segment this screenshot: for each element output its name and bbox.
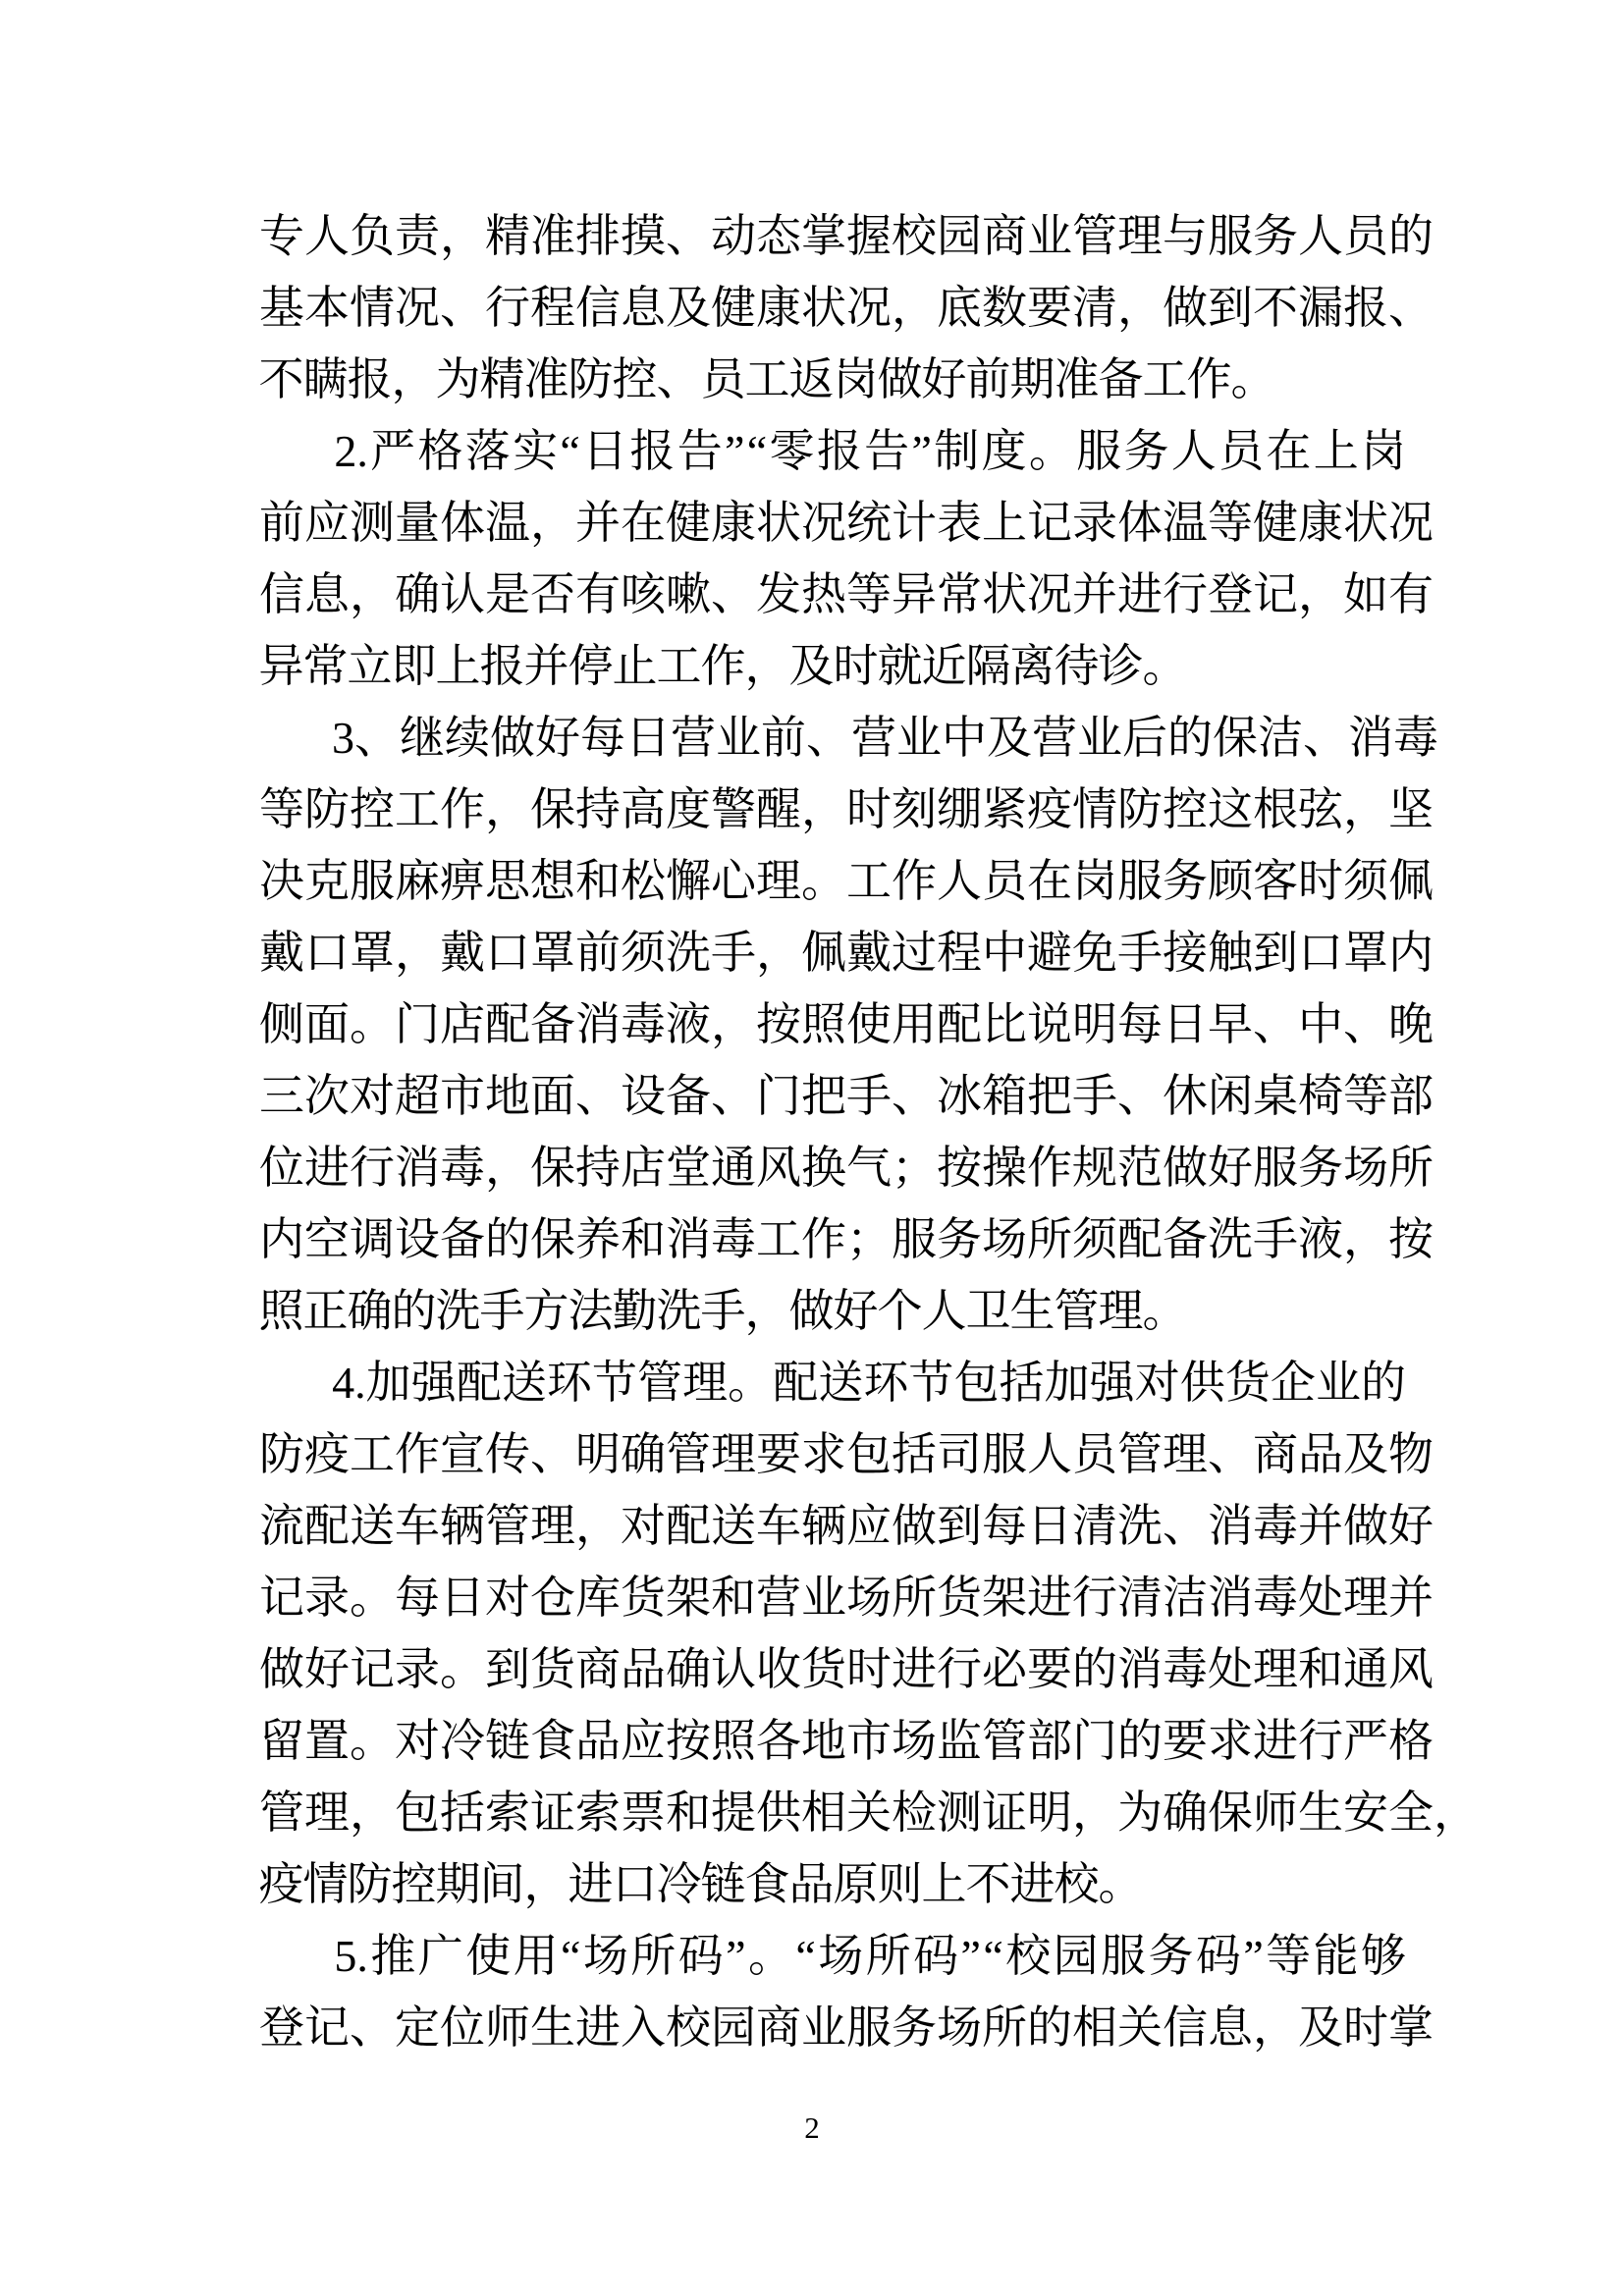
char: 工 <box>846 845 892 917</box>
text-line: 记录。每日对仓库货架和营业场所货架进行清洁消毒处理并 <box>259 1562 1406 1633</box>
text-line: 2.严格落实“日报告”“零报告”制度。服务人员在上岗 <box>259 415 1406 487</box>
char: 等 <box>259 774 304 845</box>
char: 为 <box>436 344 480 415</box>
char: 空 <box>304 1203 350 1275</box>
first-line-indent <box>259 1955 332 1956</box>
text-line: 4.加强配送环节管理。配送环节包括加强对供货企业的 <box>259 1347 1406 1418</box>
char: 校 <box>892 200 937 272</box>
char: 管 <box>1072 200 1117 272</box>
char: ， <box>1072 1777 1117 1848</box>
char: 就 <box>878 630 922 702</box>
char: 把 <box>1027 1060 1072 1132</box>
char: 消 <box>575 988 621 1060</box>
char: 环 <box>863 1347 908 1418</box>
char: 服 <box>1117 845 1163 917</box>
char: 每 <box>395 1562 440 1633</box>
text-line: 做好记录。到货商品确认收货时进行必要的消毒处理和通风 <box>259 1633 1406 1705</box>
char: 把 <box>801 1060 846 1132</box>
char: ， <box>745 1275 789 1347</box>
char: 制 <box>934 415 979 487</box>
char: 管 <box>637 1347 682 1418</box>
text-line: 基本情况、行程信息及健康状况，底数要清，做到不漏报、 <box>259 272 1406 344</box>
char: 行 <box>1298 1705 1343 1777</box>
char: 备 <box>666 1060 711 1132</box>
char: 有 <box>1388 559 1434 630</box>
char: 前 <box>966 344 1010 415</box>
char: 配 <box>485 988 530 1060</box>
char: 链 <box>701 1848 745 1920</box>
char: 口 <box>613 1848 657 1920</box>
char: ， <box>485 1132 530 1203</box>
char: 到 <box>937 1490 982 1562</box>
char: 所 <box>892 1562 937 1633</box>
char: 前 <box>761 702 806 774</box>
char: 手 <box>1253 1203 1298 1275</box>
char: 法 <box>568 1275 613 1347</box>
char: 为 <box>1117 1777 1163 1848</box>
char: 务 <box>1253 200 1298 272</box>
char: 证 <box>530 1777 575 1848</box>
char: 括 <box>440 1777 485 1848</box>
char: 车 <box>756 1490 801 1562</box>
char: 广 <box>418 1920 463 1992</box>
char: 零 <box>770 415 815 487</box>
char: 货 <box>530 1633 575 1705</box>
char: 消 <box>1208 1562 1253 1633</box>
char: 好 <box>304 1633 350 1705</box>
char: 量 <box>395 487 440 559</box>
char: 换 <box>801 1132 846 1203</box>
char: 手 <box>711 917 756 988</box>
char: ， <box>745 630 789 702</box>
char: ， <box>1343 1203 1388 1275</box>
char: 本 <box>304 272 350 344</box>
char: 麻 <box>395 845 440 917</box>
char: 止 <box>613 630 657 702</box>
char: 况 <box>1027 559 1072 630</box>
char: ， <box>524 1848 568 1920</box>
char: 不 <box>259 344 303 415</box>
char: 则 <box>878 1848 922 1920</box>
char: ； <box>892 1132 937 1203</box>
char: 前 <box>259 487 304 559</box>
char: 服 <box>1208 200 1253 272</box>
char: 中 <box>942 702 987 774</box>
char: ， <box>350 559 395 630</box>
char: 况 <box>801 487 846 559</box>
char: 并 <box>1388 1562 1434 1633</box>
char: 必 <box>982 1633 1027 1705</box>
char: 手 <box>1117 917 1163 988</box>
char: 包 <box>846 1418 892 1490</box>
char: ， <box>1343 774 1388 845</box>
char: 好 <box>535 702 580 774</box>
char: 管 <box>1117 1418 1163 1490</box>
char: 须 <box>1343 845 1388 917</box>
char: 对 <box>395 1705 440 1777</box>
char: 毒 <box>621 988 666 1060</box>
char: 疫 <box>1027 774 1072 845</box>
char: 辆 <box>440 1490 485 1562</box>
page-number: 2 <box>0 2109 1624 2148</box>
char: 椅 <box>1298 1060 1343 1132</box>
char: 。 <box>350 1562 395 1633</box>
char: 测 <box>937 1777 982 1848</box>
char: ， <box>440 200 485 272</box>
char: 热 <box>801 559 846 630</box>
char: 证 <box>982 1777 1027 1848</box>
char: 好 <box>1208 1132 1253 1203</box>
char: 状 <box>801 272 846 344</box>
char: 毒 <box>1393 702 1438 774</box>
char: 面 <box>304 988 350 1060</box>
char: 库 <box>575 1562 621 1633</box>
char: 、 <box>711 1060 756 1132</box>
char: 业 <box>896 702 942 774</box>
char: 工 <box>657 630 701 702</box>
char: 洗 <box>666 917 711 988</box>
char: 口 <box>1298 917 1343 988</box>
char: 按 <box>937 1132 982 1203</box>
char: 服 <box>1101 1920 1146 1992</box>
char: 、 <box>440 272 485 344</box>
document-lines: 专人负责，精准排摸、动态掌握校园商业管理与服务人员的基本情况、行程信息及健康状况… <box>259 200 1406 2063</box>
char: 业 <box>1077 702 1122 774</box>
char: 岗 <box>1361 415 1406 487</box>
char: 管 <box>485 1490 530 1562</box>
char: 控 <box>392 1848 436 1920</box>
char: ” <box>961 1920 981 1992</box>
char: 程 <box>530 272 575 344</box>
char: 应 <box>846 1490 892 1562</box>
char: 警 <box>711 774 756 845</box>
char: 司 <box>937 1418 982 1490</box>
char: 备 <box>440 1203 485 1275</box>
char: 园 <box>1054 1920 1099 1992</box>
char: 通 <box>711 1132 756 1203</box>
char: 要 <box>1027 272 1072 344</box>
char: 信 <box>1163 1992 1208 2063</box>
char: 师 <box>1253 1777 1298 1848</box>
char: 中 <box>1298 988 1343 1060</box>
char: “ <box>560 415 579 487</box>
char: 进 <box>1253 1705 1298 1777</box>
char: 须 <box>1072 1203 1117 1275</box>
char: 市 <box>440 1060 485 1132</box>
char: 健 <box>711 272 756 344</box>
char: 等 <box>1208 487 1253 559</box>
char: 负 <box>350 200 395 272</box>
char: 做 <box>878 344 922 415</box>
char: 流 <box>259 1490 304 1562</box>
char: 做 <box>789 1275 834 1347</box>
char: 息 <box>621 272 666 344</box>
char: 录 <box>395 1633 440 1705</box>
char: 做 <box>892 1490 937 1562</box>
char: 并 <box>524 630 568 702</box>
char: 场 <box>937 1992 982 2063</box>
char: 务 <box>1123 415 1168 487</box>
char: 理 <box>711 1418 756 1490</box>
char: 和 <box>1298 1633 1343 1705</box>
char: 品 <box>621 1633 666 1705</box>
char: 须 <box>621 917 666 988</box>
char: 员 <box>1218 415 1264 487</box>
char: 校 <box>1055 1848 1099 1920</box>
char: 闲 <box>1208 1060 1253 1132</box>
char: 早 <box>1208 988 1253 1060</box>
char: 配 <box>773 1347 818 1418</box>
char: 程 <box>937 917 982 988</box>
char: 生 <box>1298 1777 1343 1848</box>
char: 冷 <box>440 1705 485 1777</box>
char: 和 <box>711 1562 756 1633</box>
char: 强 <box>411 1347 457 1418</box>
char: 所 <box>866 1920 911 1992</box>
char: 说 <box>1027 988 1072 1060</box>
char: 要 <box>1163 1705 1208 1777</box>
char: ， <box>1298 559 1343 630</box>
char: 相 <box>801 1777 846 1848</box>
char: 等 <box>1343 1060 1388 1132</box>
char: 等 <box>846 559 892 630</box>
char: 提 <box>711 1777 756 1848</box>
char: 况 <box>846 272 892 344</box>
char: ， <box>892 272 937 344</box>
char: 前 <box>575 917 621 988</box>
char: 心 <box>711 845 756 917</box>
char: 保 <box>530 1132 575 1203</box>
char: 消 <box>395 1132 440 1203</box>
char: 防 <box>259 1418 304 1490</box>
char: 车 <box>395 1490 440 1562</box>
char: 设 <box>621 1060 666 1132</box>
char: 收 <box>756 1633 801 1705</box>
char: 的 <box>1072 1633 1117 1705</box>
text-line: 决克服麻痹思想和松懈心理。工作人员在岗服务顾客时须佩 <box>259 845 1406 917</box>
char: 准 <box>1055 344 1099 415</box>
char: 罩 <box>530 917 575 988</box>
char: 洗 <box>436 1275 480 1347</box>
char: 养 <box>575 1203 621 1275</box>
char: 备 <box>530 988 575 1060</box>
text-line: 三次对超市地面、设备、门把手、冰箱把手、休闲桌椅等部 <box>259 1060 1406 1132</box>
char: 懈 <box>666 845 711 917</box>
char: 业 <box>716 702 761 774</box>
char: 配 <box>457 1347 502 1418</box>
char: 超 <box>395 1060 440 1132</box>
char: 包 <box>953 1347 999 1418</box>
text-line: 流配送车辆管理，对配送车辆应做到每日清洗、消毒并做好 <box>259 1490 1406 1562</box>
char: 作 <box>701 630 745 702</box>
char: 每 <box>1117 988 1163 1060</box>
char: 够 <box>1361 1920 1406 1992</box>
text-line: 防疫工作宣传、明确管理要求包括司服人员管理、商品及物 <box>259 1418 1406 1490</box>
char: 戴 <box>259 917 304 988</box>
char: 戴 <box>440 917 485 988</box>
first-line-indent <box>259 451 332 452</box>
char: 4. <box>332 1347 366 1418</box>
char: 痹 <box>440 845 485 917</box>
char: 作 <box>1027 1132 1072 1203</box>
char: 关 <box>846 1777 892 1848</box>
char: 续 <box>445 702 490 774</box>
char: 克 <box>304 845 350 917</box>
char: 测 <box>350 487 395 559</box>
char: 精 <box>485 200 530 272</box>
char: 管 <box>1055 1275 1099 1347</box>
char: 生 <box>530 1992 575 2063</box>
char: 包 <box>395 1777 440 1848</box>
char: 商 <box>575 1633 621 1705</box>
char: 货 <box>1225 1347 1271 1418</box>
char: 异 <box>892 559 937 630</box>
char: 发 <box>756 559 801 630</box>
char: 员 <box>701 344 745 415</box>
char: 票 <box>621 1777 666 1848</box>
char: 备 <box>1099 344 1143 415</box>
char: 持 <box>575 774 621 845</box>
char: 链 <box>485 1705 530 1777</box>
char: 返 <box>789 344 834 415</box>
char: 息 <box>304 559 350 630</box>
char: 桌 <box>1253 1060 1298 1132</box>
char: 诊 <box>1099 630 1143 702</box>
char: ” <box>1243 1920 1263 1992</box>
char: ” <box>726 1920 745 1992</box>
char: 、 <box>892 1060 937 1132</box>
char: 个 <box>878 1275 922 1347</box>
char: 毒 <box>1253 1490 1298 1562</box>
char: 行 <box>350 1132 395 1203</box>
char: 和 <box>575 845 621 917</box>
char: 上 <box>922 1848 966 1920</box>
char: 全 <box>1388 1777 1434 1848</box>
char: 口 <box>485 917 530 988</box>
char: 进 <box>1027 1562 1072 1633</box>
char: 营 <box>1032 702 1077 774</box>
char: 使 <box>846 988 892 1060</box>
char: ， <box>395 917 440 988</box>
char: ， <box>1117 272 1163 344</box>
char: 清 <box>1117 1562 1163 1633</box>
char: 告 <box>864 415 909 487</box>
char: 卫 <box>966 1275 1010 1347</box>
char: 码 <box>678 1920 724 1992</box>
char: 免 <box>1072 917 1117 988</box>
char: 情 <box>350 272 395 344</box>
char: 报 <box>1343 272 1388 344</box>
char: 工 <box>395 774 440 845</box>
char: 佩 <box>801 917 846 988</box>
char: 、 <box>657 344 701 415</box>
char: 方 <box>524 1275 568 1347</box>
char: 防 <box>348 1848 392 1920</box>
char: 务 <box>1298 1132 1343 1203</box>
text-line: 照正确的洗手方法勤洗手，做好个人卫生管理。 <box>259 1275 1406 1347</box>
char: 关 <box>1117 1992 1163 2063</box>
char: 健 <box>1253 487 1298 559</box>
char: 。 <box>1231 344 1275 415</box>
char: 准 <box>524 344 568 415</box>
char: 原 <box>834 1848 878 1920</box>
char: 认 <box>711 1633 756 1705</box>
char: 规 <box>1072 1132 1117 1203</box>
char: 正 <box>303 1275 348 1347</box>
char: 防 <box>568 344 613 415</box>
char: 辆 <box>801 1490 846 1562</box>
char: 仓 <box>530 1562 575 1633</box>
char: 送 <box>350 1490 395 1562</box>
char: 风 <box>1388 1633 1434 1705</box>
char: 对 <box>350 1060 395 1132</box>
char: 这 <box>1208 774 1253 845</box>
char: ， <box>801 774 846 845</box>
char: 及 <box>1343 1418 1388 1490</box>
char: 好 <box>1388 1490 1434 1562</box>
char: 进 <box>575 1992 621 2063</box>
char: 照 <box>801 988 846 1060</box>
char: 、 <box>1343 988 1388 1060</box>
char: 状 <box>1343 487 1388 559</box>
char: 送 <box>711 1490 756 1562</box>
char: 的 <box>1361 1347 1406 1418</box>
char: 度 <box>982 415 1027 487</box>
char: 侧 <box>259 988 304 1060</box>
char: 、 <box>806 702 851 774</box>
char: 继 <box>400 702 445 774</box>
char: 次 <box>304 1060 350 1132</box>
char: 行 <box>1072 1562 1117 1633</box>
char: 食 <box>745 1848 789 1920</box>
char: 、 <box>530 1418 575 1490</box>
char: 比 <box>982 988 1027 1060</box>
char: 记 <box>304 1992 350 2063</box>
char: 况 <box>1388 487 1434 559</box>
char: 等 <box>1266 1920 1311 1992</box>
char: 确 <box>621 1418 666 1490</box>
char: ， <box>711 988 756 1060</box>
char: 并 <box>1298 1490 1343 1562</box>
char: 配 <box>937 988 982 1060</box>
char: 专 <box>259 200 304 272</box>
char: 紧 <box>982 774 1027 845</box>
char: 架 <box>982 1562 1027 1633</box>
char: 时 <box>846 774 892 845</box>
char: 确 <box>348 1275 392 1347</box>
char: 时 <box>834 630 878 702</box>
char: 业 <box>801 1992 846 2063</box>
char: 信 <box>259 559 304 630</box>
char: 商 <box>1253 1418 1298 1490</box>
char: 实 <box>513 415 558 487</box>
char: 的 <box>485 1203 530 1275</box>
char: 各 <box>756 1705 801 1777</box>
char: 表 <box>937 487 982 559</box>
char: 和 <box>621 1203 666 1275</box>
char: 作 <box>395 1418 440 1490</box>
first-line-indent <box>259 1382 332 1383</box>
char: 明 <box>1027 1777 1072 1848</box>
char: 疫 <box>304 1418 350 1490</box>
char: 日 <box>582 415 627 487</box>
char: 有 <box>575 559 621 630</box>
text-line: 前应测量体温，并在健康状况统计表上记录体温等健康状况 <box>259 487 1406 559</box>
char: 消 <box>666 1203 711 1275</box>
char: 人 <box>1298 200 1343 272</box>
char: 手 <box>701 1275 745 1347</box>
char: 作 <box>892 845 937 917</box>
